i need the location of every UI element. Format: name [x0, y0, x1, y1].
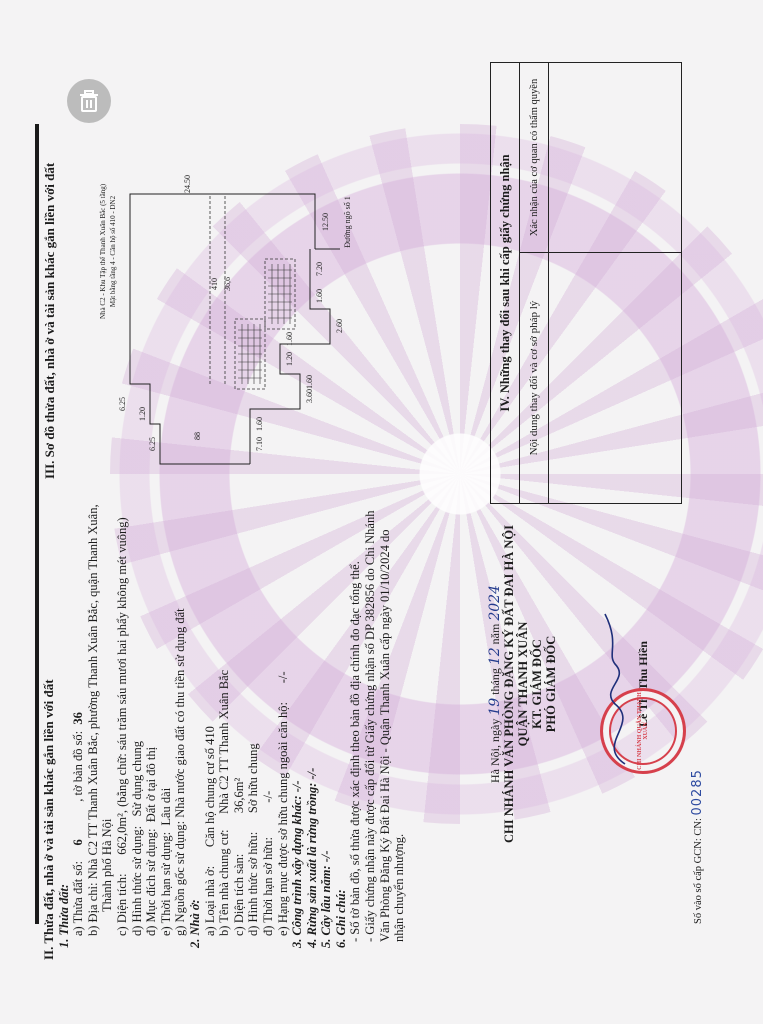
land-use-form-row: d) Hình thức sử dụng: Sử dụng chung — [130, 490, 145, 960]
svg-text:88: 88 — [193, 432, 202, 440]
issuing-district: QUẬN THANH XUÂN — [516, 524, 530, 844]
section-4-table: IV. Những thay đổi sau khi cấp giấy chứn… — [490, 62, 682, 504]
land-purpose-row: đ) Mục đích sử dụng: Đất ở tại đô thị — [144, 490, 159, 960]
svg-text:3.60: 3.60 — [305, 389, 314, 403]
header-rule — [35, 124, 39, 924]
registry-number: Số vào sổ cấp GCN: CN: 00285 — [690, 769, 705, 924]
land-address-cont: Thành phố Hà Nội — [100, 490, 115, 960]
note-line: - Số tờ bản đồ, số thửa được xác định th… — [348, 490, 363, 960]
land-area-row: c) Diện tích: 662,0m², (bằng chữ: sáu tr… — [115, 490, 130, 960]
house-heading: 2. Nhà ở: — [188, 490, 203, 960]
house-area-row: c) Diện tích sàn: 36,6m² — [232, 490, 247, 960]
svg-text:2.60: 2.60 — [335, 319, 344, 333]
land-parcel-row: a) Thửa đất số: 6 , tờ bản đồ số: 36 — [71, 490, 86, 960]
note-line: Văn Phòng Đăng Ký Đất Đai Hà Nội - Quận … — [378, 490, 393, 960]
issue-date: Hà Nội, ngày 19 tháng 12 năm 2024 — [488, 524, 502, 844]
house-common-row: e) Hạng mục được sở hữu chung ngoài căn … — [276, 490, 291, 960]
signer-role: KT. GIÁM ĐỐC — [530, 524, 544, 844]
land-address-row: b) Địa chỉ: Nhà C2 TT Thanh Xuân Bắc, ph… — [86, 490, 101, 960]
notes-heading: 6. Ghi chú: — [334, 490, 349, 960]
house-ownership-row: d) Hình thức sở hữu: Sở hữu chung — [246, 490, 261, 960]
section-2: II. Thửa đất, nhà ở và tài sản khác gắn … — [42, 490, 407, 960]
svg-text:Đường ngõ số 1: Đường ngõ số 1 — [343, 196, 352, 247]
svg-text:6.25: 6.25 — [148, 437, 157, 451]
svg-text:36,6: 36,6 — [223, 277, 232, 291]
house-type-row: a) Loại nhà ở: Căn hộ chung cư số 410 — [203, 490, 218, 960]
land-term-row: e) Thời hạn sử dụng: Lâu dài — [159, 490, 174, 960]
house-building-row: b) Tên nhà chung cư: Nhà C2 TT Thanh Xuâ… — [217, 490, 232, 960]
svg-text:1.60: 1.60 — [285, 332, 294, 346]
parcel-diagram: 6.25 1.20 6.25 7.10 1.60 3.60 1.60 1.20 … — [100, 124, 440, 484]
land-heading: 1. Thửa đất: — [57, 490, 72, 960]
section-4-title: IV. Những thay đổi sau khi cấp giấy chứn… — [491, 63, 520, 503]
section-3-title: III. Sơ đồ thửa đất, nhà ở và tài sản kh… — [42, 163, 58, 479]
section-2-title: II. Thửa đất, nhà ở và tài sản khác gắn … — [42, 490, 57, 960]
svg-text:1.60: 1.60 — [255, 417, 264, 431]
changes-cell — [549, 252, 681, 503]
note-line: nhận chuyển nhượng. — [392, 490, 407, 960]
svg-text:1.60: 1.60 — [315, 289, 324, 303]
svg-text:1.20: 1.20 — [285, 352, 294, 366]
section-4-header: Nội dung thay đổi và cơ sở pháp lý Xác n… — [520, 63, 549, 503]
section-4-body — [549, 63, 681, 503]
svg-text:24.50: 24.50 — [183, 175, 192, 193]
column-confirmation: Xác nhận của cơ quan có thẩm quyền — [520, 63, 548, 252]
certificate-page: II. Thửa đất, nhà ở và tài sản khác gắn … — [0, 0, 763, 1024]
svg-text:6.25: 6.25 — [118, 397, 127, 411]
svg-text:1.60: 1.60 — [305, 375, 314, 389]
house-term-row: đ) Thời hạn sở hữu: -/- — [261, 490, 276, 960]
note-line: - Giấy chứng nhận này được cấp đổi từ Gi… — [363, 490, 378, 960]
issuing-office: CHI NHÁNH VĂN PHÒNG ĐĂNG KÝ ĐẤT ĐAI HÀ N… — [502, 524, 516, 844]
land-origin-row: g) Nguồn gốc sử dụng: Nhà nước giao đất … — [173, 490, 188, 960]
svg-text:7.20: 7.20 — [315, 262, 324, 276]
column-changes: Nội dung thay đổi và cơ sở pháp lý — [520, 252, 548, 503]
delete-button[interactable] — [67, 79, 111, 123]
signer-title: PHÓ GIÁM ĐỐC — [544, 524, 558, 844]
other-construction: 3. Công trình xây dựng khác: -/- — [290, 490, 305, 960]
svg-text:12.50: 12.50 — [321, 213, 330, 231]
trash-icon — [79, 90, 99, 112]
handwritten-signature — [585, 604, 645, 774]
svg-text:7.10: 7.10 — [255, 437, 264, 451]
svg-text:1.20: 1.20 — [138, 407, 147, 421]
perennial-trees: 5. Cây lâu năm: -/- — [319, 490, 334, 960]
svg-text:410: 410 — [210, 278, 219, 290]
production-forest: 4. Rừng sản xuất là rừng trồng: -/- — [305, 490, 320, 960]
